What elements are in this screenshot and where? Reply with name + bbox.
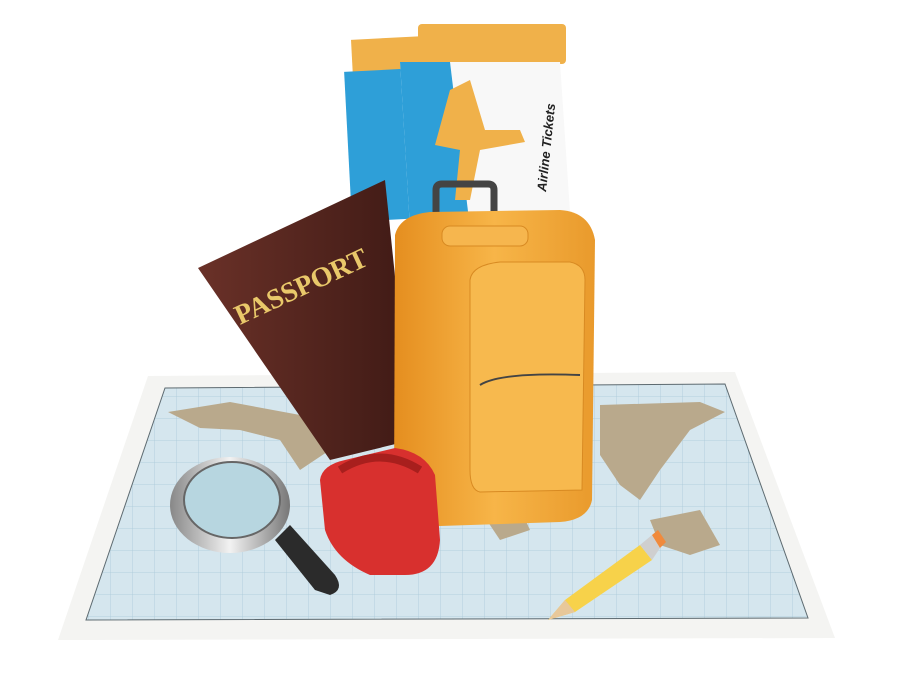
travel-illustration: Airline Tickets PASSPORT xyxy=(0,0,900,675)
